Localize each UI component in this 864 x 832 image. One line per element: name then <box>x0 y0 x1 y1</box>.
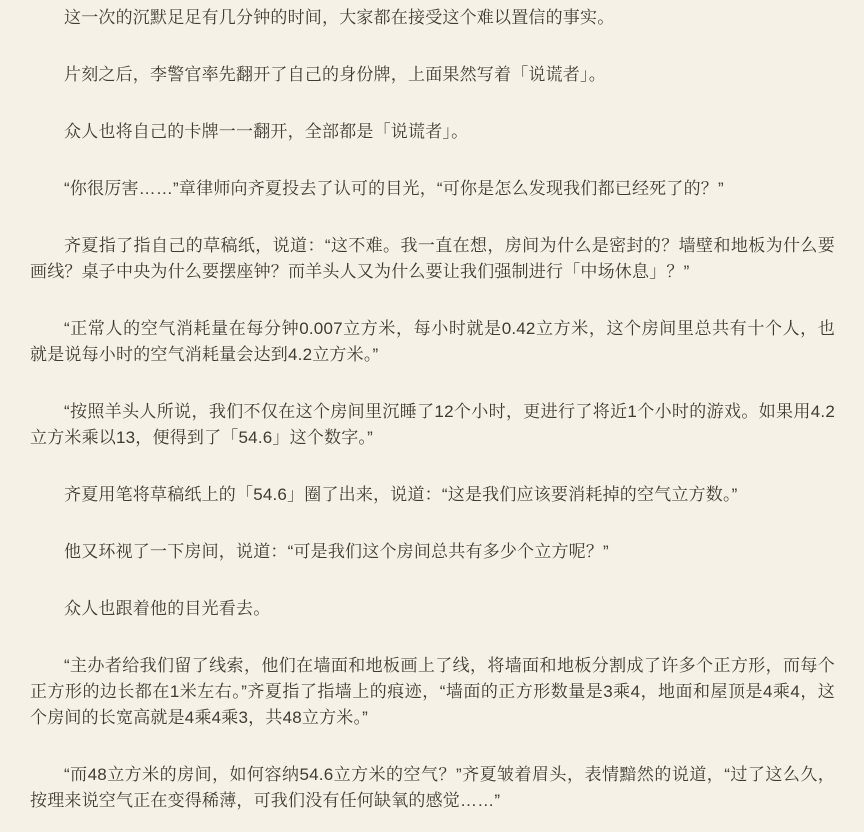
novel-paragraph: “而48立方米的房间，如何容纳54.6立方米的空气？”齐夏皱着眉头，表情黯然的说… <box>30 762 835 814</box>
novel-reading-area: 这一次的沉默足足有几分钟的时间，大家都在接受这个难以置信的事实。 片刻之后，李警… <box>0 0 864 832</box>
novel-paragraph: 他又环视了一下房间，说道：“可是我们这个房间总共有多少个立方呢？” <box>30 539 835 565</box>
novel-paragraph: “按照羊头人所说，我们不仅在这个房间里沉睡了12个小时，更进行了将近1个小时的游… <box>30 399 835 451</box>
novel-paragraph: “主办者给我们留了线索，他们在墙面和地板画上了线，将墙面和地板分割成了许多个正方… <box>30 653 835 731</box>
novel-paragraph: 众人也跟着他的目光看去。 <box>30 596 835 622</box>
novel-paragraph: 齐夏指了指自己的草稿纸，说道：“这不难。我一直在想，房间为什么是密封的？墙壁和地… <box>30 233 835 285</box>
novel-paragraph: 片刻之后，李警官率先翻开了自己的身份牌，上面果然写着「说谎者」。 <box>30 62 835 88</box>
novel-paragraph: “你很厉害……”章律师向齐夏投去了认可的目光，“可你是怎么发现我们都已经死了的？… <box>30 176 835 202</box>
novel-paragraph: 这一次的沉默足足有几分钟的时间，大家都在接受这个难以置信的事实。 <box>30 5 835 31</box>
novel-paragraph: “正常人的空气消耗量在每分钟0.007立方米，每小时就是0.42立方米，这个房间… <box>30 316 835 368</box>
novel-paragraph: 齐夏用笔将草稿纸上的「54.6」圈了出来，说道：“这是我们应该要消耗掉的空气立方… <box>30 482 835 508</box>
novel-paragraph: 众人也将自己的卡牌一一翻开，全部都是「说谎者」。 <box>30 119 835 145</box>
